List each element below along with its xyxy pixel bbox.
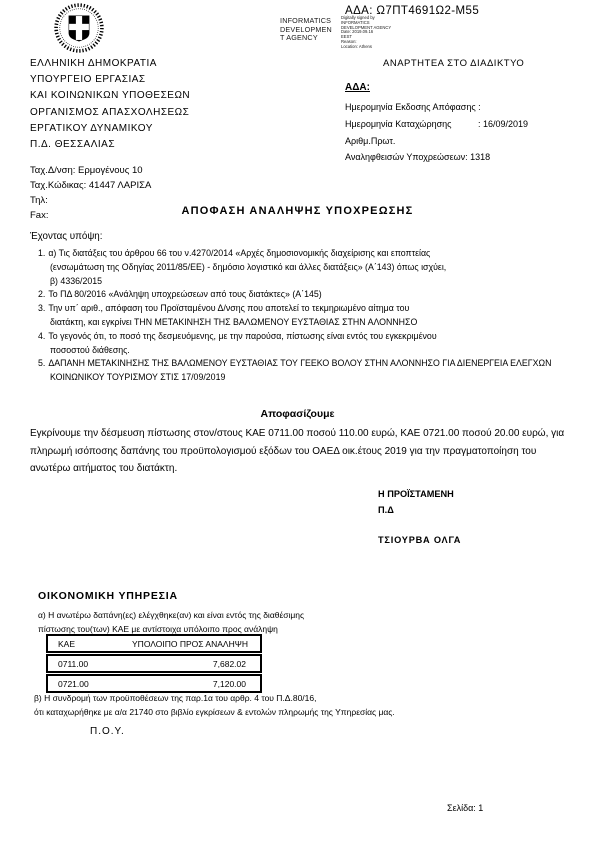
- note-a-line: α) Η ανωτέρω δαπάνη(ες) ελέγχθηκε(αν) κα…: [38, 609, 304, 623]
- list-item: 3.Την υπ΄ αριθ., απόφαση του Προϊσταμένο…: [38, 302, 595, 316]
- list-item-number: 3.: [38, 302, 45, 316]
- org-line: ΥΠΟΥΡΓΕΙΟ ΕΡΓΑΣΙΑΣ: [30, 72, 190, 88]
- table-row: 0721.00 7,120.00: [46, 674, 262, 693]
- org-line: ΕΡΓΑΤΙΚΟΥ ΔΥΝΑΜΙΚΟΥ: [30, 121, 190, 137]
- list-item-number: 1.: [38, 247, 45, 261]
- org-line: ΚΑΙ ΚΟΙΝΩΝΙΚΩΝ ΥΠΟΘΕΣΕΩΝ: [30, 88, 190, 104]
- financial-note-b: β) Η συνδρομή των προϋποθέσεων της παρ.1…: [34, 692, 395, 719]
- stamp-agency-line: T AGENCY: [280, 34, 332, 43]
- decision-body: Εγκρίνουμε την δέσμευση πίστωσης στον/στ…: [30, 425, 572, 478]
- list-item-continuation: ποσοστού διάθεσης.: [50, 344, 595, 358]
- table-cell-balance: 7,120.00: [120, 679, 260, 689]
- protocol-line: Αριθμ.Πρωτ.: [345, 133, 528, 150]
- org-line: Π.Δ. ΘΕΣΣΑΛΙΑΣ: [30, 137, 190, 153]
- org-line: ΕΛΛΗΝΙΚΗ ΔΗΜΟΚΡΑΤΙΑ: [30, 56, 190, 72]
- register-date-label: Ημερομηνία Καταχώρησης: [345, 116, 478, 133]
- list-item-text: ΔΑΠΑΝΗ ΜΕΤΑΚΙΝΗΣΗΣ ΤΗΣ ΒΑΛΩΜΕΝΟΥ ΕΥΣΤΑΘΙ…: [48, 358, 551, 368]
- list-item: 1.α) Τις διατάξεις του άρθρου 66 του ν.4…: [38, 247, 595, 261]
- org-line: ΟΡΓΑΝΙΣΜΟΣ ΑΠΑΣΧΟΛΗΣΕΩΣ: [30, 105, 190, 121]
- table-header-kae: ΚΑΕ: [48, 639, 120, 649]
- table-cell-kae: 0721.00: [48, 679, 120, 689]
- greek-emblem-icon: [50, 2, 108, 54]
- financial-service-heading: ΟΙΚΟΝΟΜΙΚΗ ΥΠΗΡΕΣΙΑ: [38, 590, 178, 602]
- digital-signature-stamp: INFORMATICS DEVELOPMEN T AGENCY: [280, 17, 332, 43]
- stamp-detail-line: Location: Athens: [341, 45, 411, 50]
- organization-block: ΕΛΛΗΝΙΚΗ ΔΗΜΟΚΡΑΤΙΑ ΥΠΟΥΡΓΕΙΟ ΕΡΓΑΣΙΑΣ Κ…: [30, 56, 190, 153]
- list-item-continuation: διατάκτη, και εγκρίνει ΤΗΝ ΜΕΤΑΚΙΝΗΣΗ ΤΗ…: [50, 316, 595, 330]
- signature-dept: Π.Δ: [378, 503, 461, 519]
- meta-block: Ημερομηνία Εκδοσης Απόφασης : Ημερομηνία…: [345, 99, 528, 166]
- table-header-balance: ΥΠΟΛΟΙΠΟ ΠΡΟΣ ΑΝΑΛΗΨΗ: [120, 639, 260, 649]
- issue-date-line: Ημερομηνία Εκδοσης Απόφασης :: [345, 99, 528, 116]
- obligations-line: Αναληφθεισών Υποχρεώσεων: 1318: [345, 149, 528, 166]
- list-item: 5.ΔΑΠΑΝΗ ΜΕΤΑΚΙΝΗΣΗΣ ΤΗΣ ΒΑΛΩΜΕΝΟΥ ΕΥΣΤΑ…: [38, 357, 595, 371]
- list-item-number: 4.: [38, 330, 45, 344]
- list-item-text: Το γεγονός ότι, το ποσό της δεσμευόμενης…: [48, 331, 436, 341]
- table-cell-kae: 0711.00: [48, 659, 120, 669]
- register-date-line: Ημερομηνία Καταχώρησης: 16/09/2019: [345, 116, 528, 133]
- list-item-continuation: ΚΟΙΝΩΝΙΚΟΥ ΤΟΥΡΙΣΜΟΥ ΣΤΙΣ 17/09/2019: [50, 371, 595, 385]
- signature-name: ΤΣΙΟΥΡΒΑ ΟΛΓΑ: [378, 533, 461, 549]
- page-title: ΑΠΟΦΑΣΗ ΑΝΑΛΗΨΗΣ ΥΠΟΧΡΕΩΣΗΣ: [0, 205, 595, 217]
- address-line: Ταχ.Δ/νση: Ερμογένους 10: [30, 163, 151, 178]
- publish-notice: ΑΝΑΡΤΗΤΕΑ ΣΤΟ ΔΙΑΔΙΚΤΥΟ: [383, 58, 524, 69]
- list-item: 4.Το γεγονός ότι, το ποσό της δεσμευόμεν…: [38, 330, 595, 344]
- ada-label: ΑΔΑ:: [345, 82, 370, 93]
- list-item-continuation: β) 4336/2015: [50, 275, 595, 289]
- signature-role: Η ΠΡΟΪΣΤΑΜΕΝΗ: [378, 487, 461, 503]
- note-b-line: ότι καταχωρήθηκε με α/α 21740 στο βιβλίο…: [34, 706, 395, 720]
- financial-note-a: α) Η ανωτέρω δαπάνη(ες) ελέγχθηκε(αν) κα…: [38, 609, 304, 636]
- list-item-text: Την υπ΄ αριθ., απόφαση του Προϊσταμένου …: [48, 303, 409, 313]
- note-b-line: β) Η συνδρομή των προϋποθέσεων της παρ.1…: [34, 692, 395, 706]
- address-line: Ταχ.Κώδικας: 41447 ΛΑΡΙΣΑ: [30, 178, 151, 193]
- list-item-text: α) Τις διατάξεις του άρθρου 66 του ν.427…: [48, 248, 430, 258]
- list-item-number: 5.: [38, 357, 45, 371]
- considering-heading: Έχοντας υπόψη:: [30, 231, 102, 242]
- list-item-number: 2.: [38, 288, 45, 302]
- table-header-row: ΚΑΕ ΥΠΟΛΟΙΠΟ ΠΡΟΣ ΑΝΑΛΗΨΗ: [46, 634, 262, 653]
- table-cell-balance: 7,682.02: [120, 659, 260, 669]
- list-item-continuation: (ενσωμάτωση της Οδηγίας 2011/85/ΕΕ) - δη…: [50, 261, 595, 275]
- considering-list: 1.α) Τις διατάξεις του άρθρου 66 του ν.4…: [0, 247, 595, 385]
- signature-block: Η ΠΡΟΪΣΤΑΜΕΝΗ Π.Δ ΤΣΙΟΥΡΒΑ ΟΛΓΑ: [378, 487, 461, 549]
- table-row: 0711.00 7,682.02: [46, 654, 262, 673]
- document-page: ΑΔΑ: Ω7ΠΤ4691Ω2-Μ55 INFORMATICS DEVELOPM…: [0, 0, 595, 842]
- list-item: 2.Το ΠΔ 80/2016 «Ανάληψη υποχρεώσεων από…: [38, 288, 595, 302]
- register-date-value: : 16/09/2019: [478, 119, 528, 129]
- poy-label: Π.Ο.Υ.: [90, 726, 125, 737]
- decision-heading: Αποφασίζουμε: [0, 408, 595, 420]
- list-item-text: Το ΠΔ 80/2016 «Ανάληψη υποχρεώσεων από τ…: [48, 289, 321, 299]
- kae-balance-table: ΚΑΕ ΥΠΟΛΟΙΠΟ ΠΡΟΣ ΑΝΑΛΗΨΗ 0711.00 7,682.…: [46, 634, 262, 694]
- page-number: Σελίδα: 1: [447, 803, 483, 813]
- digital-signature-details: Digitally signed by INFORMATICS DEVELOPM…: [341, 16, 411, 50]
